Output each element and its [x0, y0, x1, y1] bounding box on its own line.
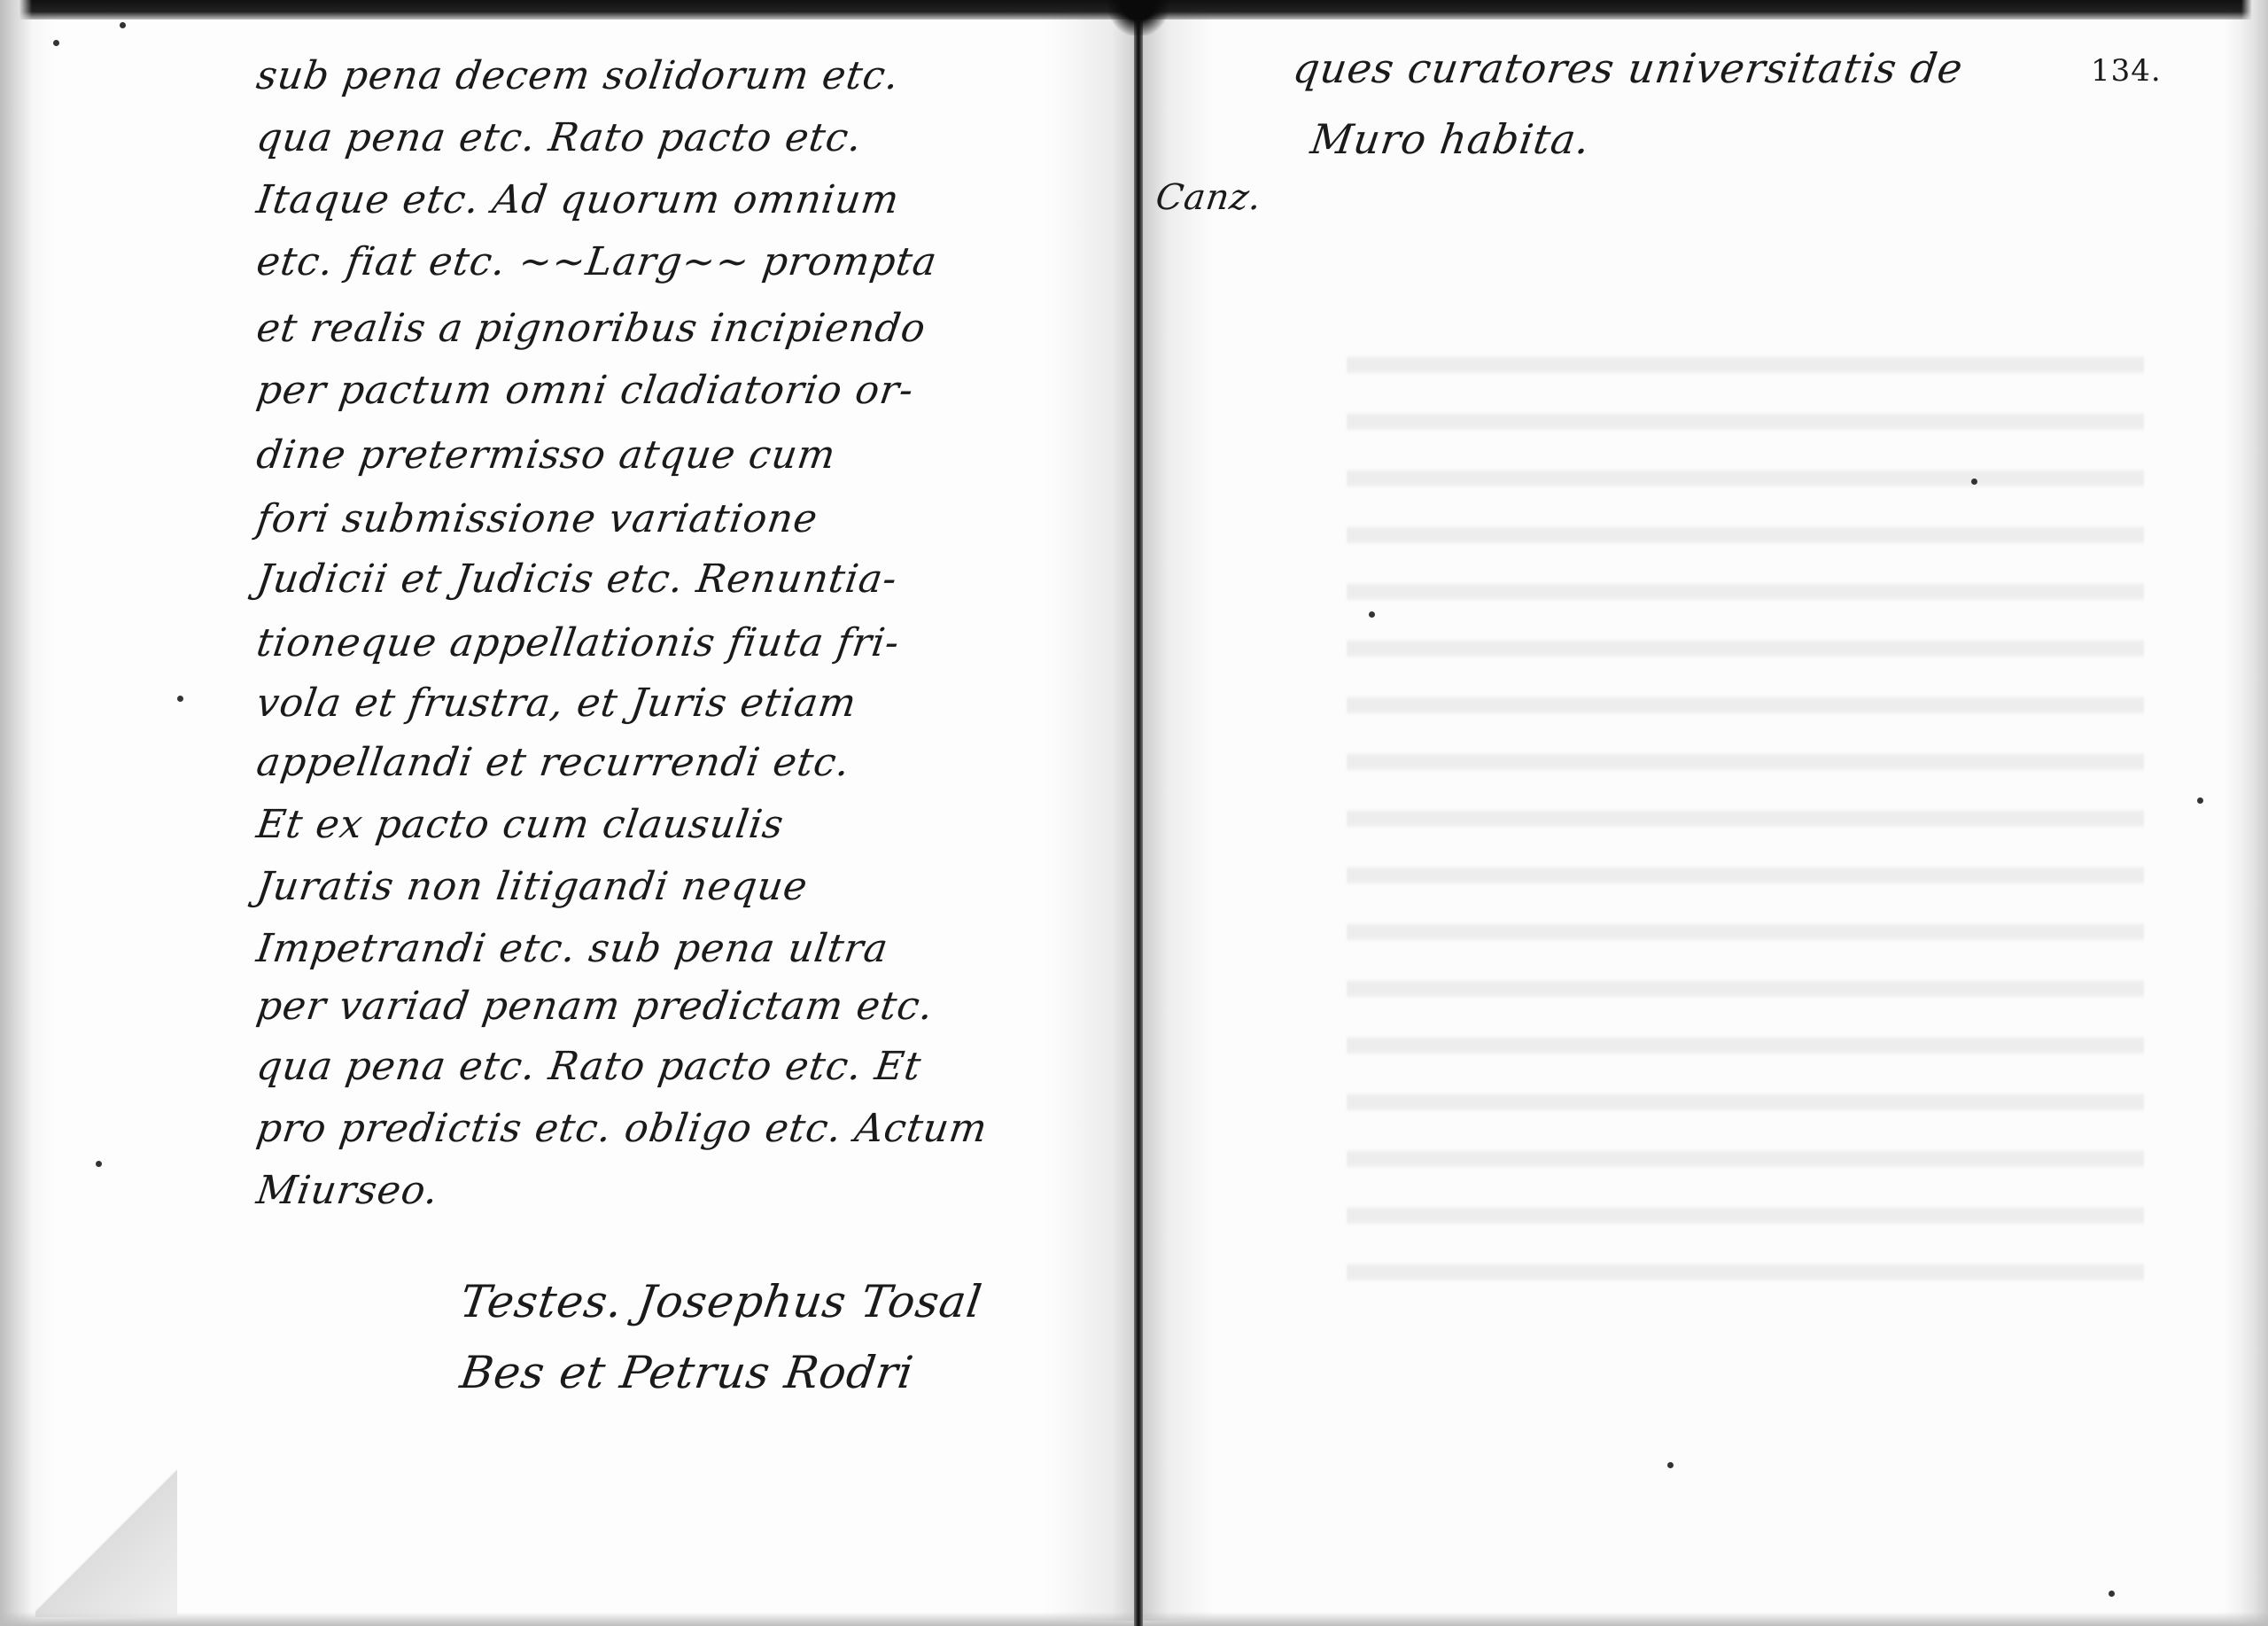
folio-number: 134.: [2091, 53, 2162, 89]
ink-speck: [2109, 1591, 2115, 1597]
left-line-3: Itaque etc. Ad quorum omnium: [253, 177, 902, 222]
corner-fold: [35, 1467, 177, 1617]
ink-speck: [2197, 797, 2203, 804]
ink-speck: [177, 696, 183, 702]
left-line-13: Et ex pacto cum clausulis: [253, 802, 787, 847]
left-line-8: fori submissione variatione: [253, 496, 820, 541]
gutter-top-shadow: [1107, 0, 1169, 35]
left-line-18: pro predictis etc. obligo etc. Actum: [253, 1106, 990, 1151]
left-line-14: Juratis non litigandi neque: [253, 864, 811, 909]
left-line-7: dine pretermisso atque cum: [253, 432, 838, 478]
right-heading-line-2: Muro habita.: [1308, 115, 1593, 163]
right-heading-line-1: ques curatores universitatis de: [1290, 44, 1966, 92]
left-line-4: etc. fiat etc. ~~Larg~~ prompta: [253, 239, 940, 284]
left-line-11: vola et frustra, et Juris etiam: [253, 681, 859, 726]
left-line-2: qua pena etc. Rato pacto etc.: [253, 115, 865, 160]
left-line-15: Impetrandi etc. sub pena ultra: [253, 926, 891, 971]
left-line-16: per variad penam predictam etc.: [253, 984, 936, 1029]
ink-speck: [96, 1161, 102, 1167]
ink-speck: [53, 40, 59, 46]
book-gutter: [1134, 0, 1143, 1626]
left-line-17: qua pena etc. Rato pacto etc. Et: [253, 1044, 924, 1089]
left-line-1: sub pena decem solidorum etc.: [253, 53, 902, 98]
right-edge-shadow: [2241, 0, 2268, 1626]
left-line-19: Miurseo.: [253, 1168, 441, 1213]
ink-speck: [1369, 611, 1375, 618]
left-line-5: et realis a pignoribus incipiendo: [253, 306, 928, 351]
signature-line-1: Testes. Josephus Tosal: [457, 1276, 985, 1327]
left-line-10: tioneque appellationis fiuta fri-: [253, 620, 902, 665]
margin-note: Canz.: [1153, 177, 1264, 218]
left-line-12: appellandi et recurrendi etc.: [253, 740, 852, 785]
signature-line-2: Bes et Petrus Rodri: [457, 1347, 917, 1398]
ink-speck: [120, 22, 126, 28]
ink-bleed-through: [1347, 319, 2144, 1294]
left-edge-shadow: [0, 0, 32, 1626]
manuscript-spread: sub pena decem solidorum etc. qua pena e…: [0, 0, 2268, 1626]
left-line-6: per pactum omni cladiatorio or-: [253, 368, 916, 413]
left-line-9: Judicii et Judicis etc. Renuntia-: [253, 556, 900, 602]
ink-speck: [1667, 1462, 1674, 1468]
ink-speck: [1971, 478, 1977, 485]
